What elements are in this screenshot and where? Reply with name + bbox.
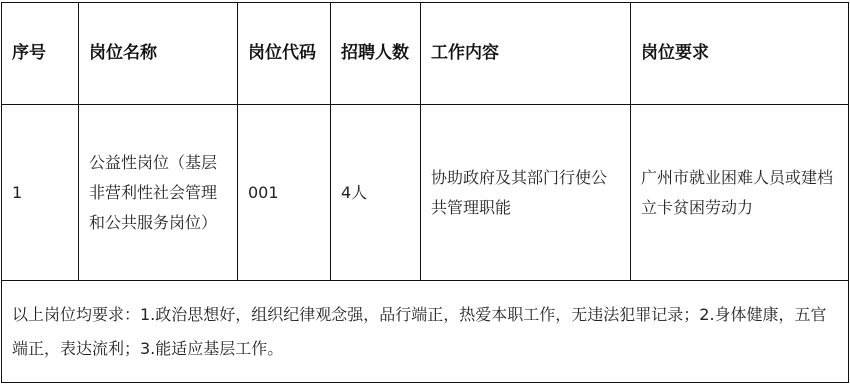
cell-index: 1 <box>2 105 79 281</box>
note-row: 以上岗位均要求：1.政治思想好，组织纪律观念强，品行端正，热爱本职工作，无违法犯… <box>2 281 849 383</box>
cell-requirements: 广州市就业困难人员或建档立卡贫困劳动力 <box>631 105 849 281</box>
header-index: 序号 <box>2 3 79 105</box>
header-position-name: 岗位名称 <box>79 3 238 105</box>
header-row: 序号 岗位名称 岗位代码 招聘人数 工作内容 岗位要求 <box>2 3 849 105</box>
cell-job-content: 协助政府及其部门行使公共管理职能 <box>421 105 631 281</box>
general-requirements-note: 以上岗位均要求：1.政治思想好，组织纪律观念强，品行端正，热爱本职工作，无违法犯… <box>2 281 849 383</box>
header-headcount: 招聘人数 <box>331 3 421 105</box>
header-position-code: 岗位代码 <box>238 3 331 105</box>
table-row: 1 公益性岗位（基层非营利性社会管理和公共服务岗位） 001 4人 协助政府及其… <box>2 105 849 281</box>
job-table: 序号 岗位名称 岗位代码 招聘人数 工作内容 岗位要求 1 公益性岗位（基层非营… <box>1 2 849 383</box>
cell-position-name: 公益性岗位（基层非营利性社会管理和公共服务岗位） <box>79 105 238 281</box>
header-requirements: 岗位要求 <box>631 3 849 105</box>
header-job-content: 工作内容 <box>421 3 631 105</box>
cell-position-code: 001 <box>238 105 331 281</box>
cell-headcount: 4人 <box>331 105 421 281</box>
